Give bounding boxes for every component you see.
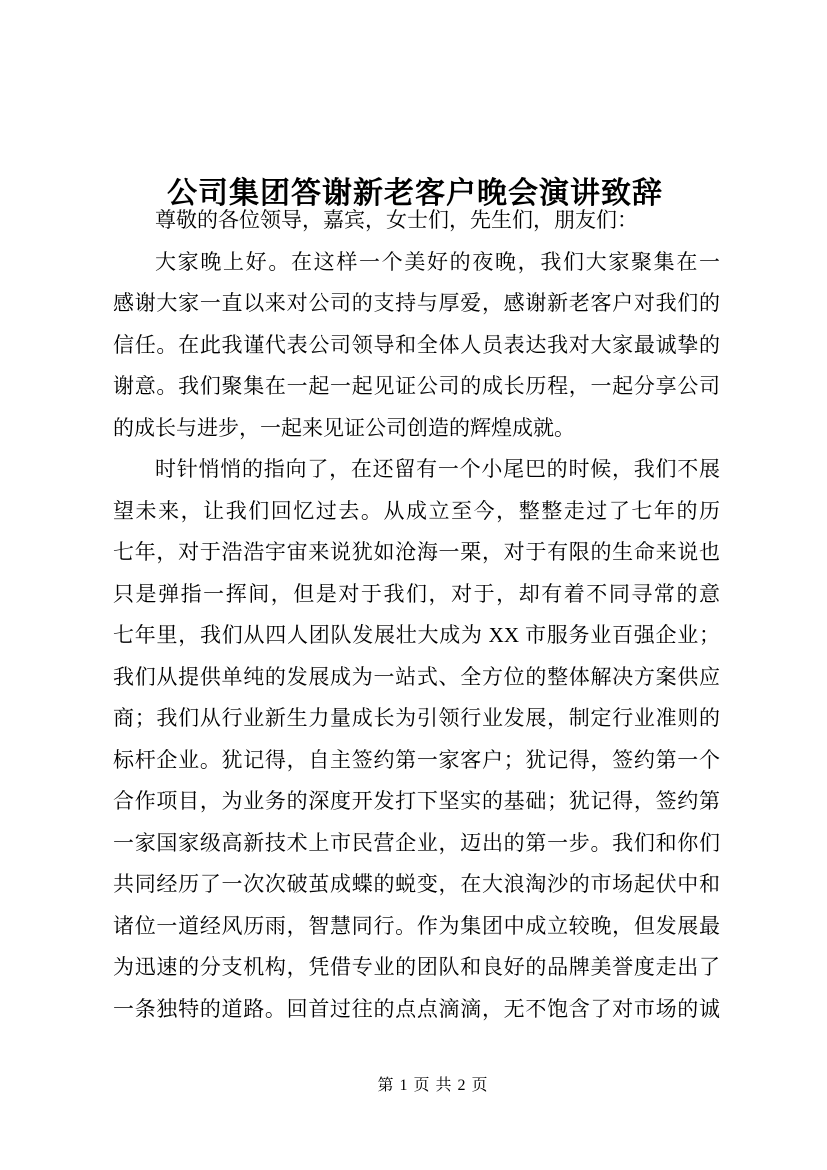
body-line: 只是弹指一挥间，但是对于我们，对于，却有着不同寻常的意义。 <box>113 574 720 616</box>
body-line: 信任。在此我谨代表公司领导和全体人员表达我对大家最诚挚的 <box>113 325 720 367</box>
body-line: 合作项目，为业务的深度开发打下坚实的基础；犹记得，签约第 <box>113 781 720 823</box>
body-line: 的成长与进步，一起来见证公司创造的辉煌成就。 <box>113 408 720 450</box>
body-line: 大家晚上好。在这样一个美好的夜晚，我们大家聚集在一起， <box>113 242 720 284</box>
body-line: 一家国家级高新技术上市民营企业，迈出的第一步。我们和你们 <box>113 823 720 865</box>
body-line: 我们从提供单纯的发展成为一站式、全方位的整体解决方案供应 <box>113 657 720 699</box>
document-page: 公司集团答谢新老客户晚会演讲致辞 尊敬的各位领导，嘉宾，女士们，先生们，朋友们：… <box>0 0 827 1170</box>
body-line: 望未来，让我们回忆过去。从成立至今，整整走过了七年的历程。 <box>113 491 720 533</box>
body-line: 诸位一道经风历雨，智慧同行。作为集团中成立较晚，但发展最 <box>113 906 720 948</box>
body-line: 时针悄悄的指向了，在还留有一个小尾巴的时候，我们不展 <box>113 449 720 491</box>
document-body: 尊敬的各位领导，嘉宾，女士们，先生们，朋友们： 大家晚上好。在这样一个美好的夜晚… <box>113 200 720 1030</box>
body-line: 谢意。我们聚集在一起一起见证公司的成长历程，一起分享公司 <box>113 366 720 408</box>
body-line: 商；我们从行业新生力量成长为引领行业发展，制定行业准则的 <box>113 698 720 740</box>
body-line: 七年里，我们从四人团队发展壮大成为 XX 市服务业百强企业； <box>113 615 720 657</box>
body-line: 七年，对于浩浩宇宙来说犹如沧海一栗，对于有限的生命来说也 <box>113 532 720 574</box>
body-line: 感谢大家一直以来对公司的支持与厚爱，感谢新老客户对我们的 <box>113 283 720 325</box>
body-line: 为迅速的分支机构，凭借专业的团队和良好的品牌美誉度走出了 <box>113 947 720 989</box>
body-line-salutation: 尊敬的各位领导，嘉宾，女士们，先生们，朋友们： <box>113 200 720 242</box>
body-line: 共同经历了一次次破茧成蝶的蜕变，在大浪淘沙的市场起伏中和 <box>113 864 720 906</box>
page-number-footer: 第 1 页 共 2 页 <box>113 1072 753 1095</box>
body-line: 标杆企业。犹记得，自主签约第一家客户；犹记得，签约第一个 <box>113 740 720 782</box>
body-line: 一条独特的道路。回首过往的点点滴滴，无不饱含了对市场的诚 <box>113 989 720 1031</box>
